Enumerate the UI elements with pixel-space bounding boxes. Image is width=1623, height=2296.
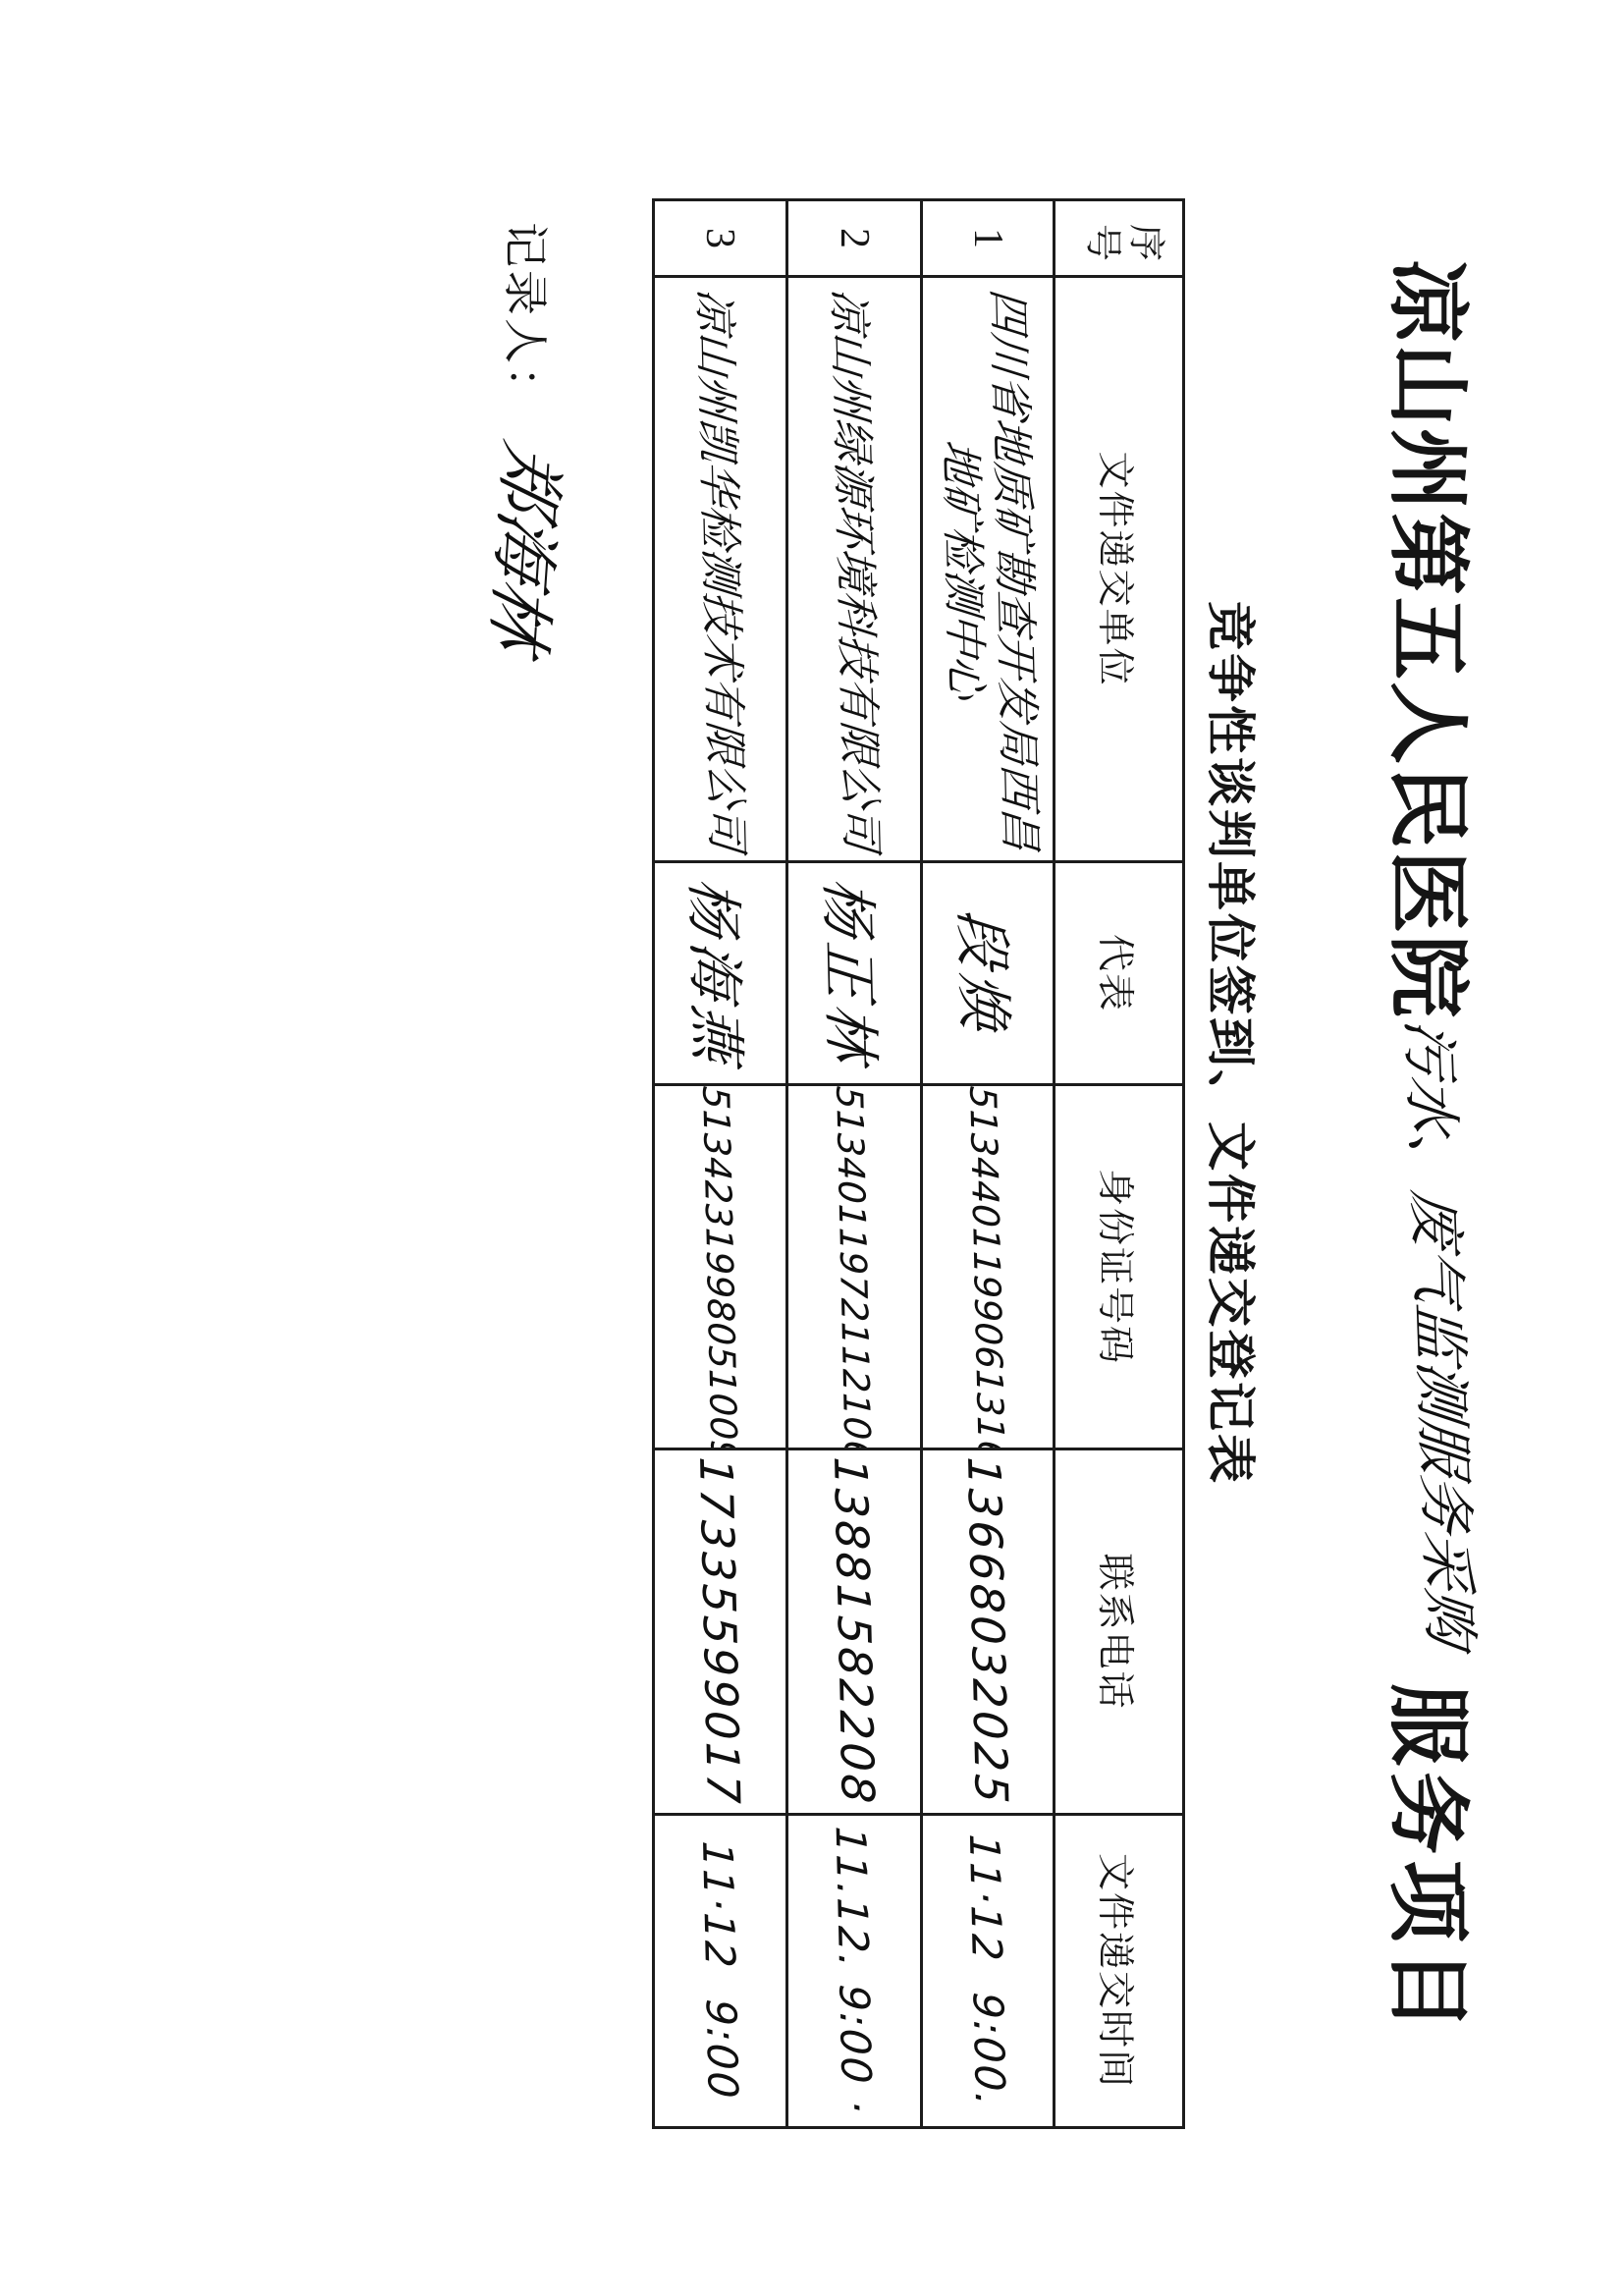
document-title: 凉山州第五人民医院 污水、废气监测服务采购 服务项目 bbox=[1375, 0, 1493, 2296]
title-handwritten-project: 污水、废气监测服务采购 bbox=[1400, 1017, 1479, 1649]
row1-serial: 1 bbox=[922, 200, 1055, 277]
row1-unit: 四川省地质矿勘查开发局西昌 地矿检测中心 bbox=[922, 277, 1055, 862]
row1-unit-line1: 四川省地质矿勘查开发局西昌 bbox=[981, 287, 1045, 851]
recorder-label: 记录人： bbox=[496, 222, 561, 414]
row3-phone: 17335599017 bbox=[654, 1449, 787, 1815]
form-subtitle: 竞争性谈判单位签到、文件递交登记表 bbox=[1199, 601, 1270, 1486]
registration-table: 序号 文件递交单位 代表 身份证号码 联系电话 文件递交时间 1 四川省地质矿勘… bbox=[652, 198, 1185, 2129]
row2-phone: 13881582208 bbox=[787, 1449, 922, 1815]
title-suffix: 服务项目 bbox=[1375, 1683, 1493, 2037]
title-hospital-name: 凉山州第五人民医院 bbox=[1375, 259, 1493, 1019]
header-submitting-unit: 文件递交单位 bbox=[1055, 277, 1184, 862]
row2-unit-line1: 凉山州绿源环境科技有限公司 bbox=[823, 287, 887, 851]
header-phone: 联系电话 bbox=[1055, 1449, 1184, 1815]
row3-id-number: 513423199805100982 bbox=[654, 1085, 787, 1449]
row3-unit-line1: 凉山州凯华检测技术有限公司 bbox=[688, 287, 752, 851]
row1-id-number: 513440119906131644 bbox=[922, 1085, 1055, 1449]
table-row: 1 四川省地质矿勘查开发局西昌 地矿检测中心 段焕 51344011990613… bbox=[922, 200, 1055, 2128]
row3-representative: 杨海燕 bbox=[654, 862, 787, 1085]
row2-representative: 杨正林 bbox=[787, 862, 922, 1085]
table-row: 3 凉山州凯华检测技术有限公司 杨海燕 513423199805100982 1… bbox=[654, 200, 787, 2128]
header-id-number: 身份证号码 bbox=[1055, 1085, 1184, 1449]
row2-serial: 2 bbox=[787, 200, 922, 277]
row2-submission-time: 11.12. 9:00 · bbox=[787, 1815, 922, 2128]
row1-representative: 段焕 bbox=[922, 862, 1055, 1085]
row1-unit-line2: 地矿检测中心 bbox=[934, 438, 991, 700]
recorder-signature: 郑海林 bbox=[483, 436, 566, 657]
table-header-row: 序号 文件递交单位 代表 身份证号码 联系电话 文件递交时间 bbox=[1055, 200, 1184, 2128]
header-representative: 代表 bbox=[1055, 862, 1184, 1085]
scanned-form-sheet: 凉山州第五人民医院 污水、废气监测服务采购 服务项目 竞争性谈判单位签到、文件递… bbox=[0, 0, 1623, 2296]
row1-submission-time: 11·12 9:00. bbox=[922, 1815, 1055, 2128]
row3-unit: 凉山州凯华检测技术有限公司 bbox=[654, 277, 787, 862]
header-submission-time: 文件递交时间 bbox=[1055, 1815, 1184, 2128]
row2-unit: 凉山州绿源环境科技有限公司 bbox=[787, 277, 922, 862]
header-serial-number: 序号 bbox=[1055, 200, 1184, 277]
row3-submission-time: 11·12 9:00 bbox=[654, 1815, 787, 2128]
row2-id-number: 513401197211210634 bbox=[787, 1085, 922, 1449]
recorder-block: 记录人： 郑海林 bbox=[490, 222, 561, 650]
table-row: 2 凉山州绿源环境科技有限公司 杨正林 513401197211210634 1… bbox=[787, 200, 922, 2128]
row1-phone: 13668032025 bbox=[922, 1449, 1055, 1815]
row3-serial: 3 bbox=[654, 200, 787, 277]
